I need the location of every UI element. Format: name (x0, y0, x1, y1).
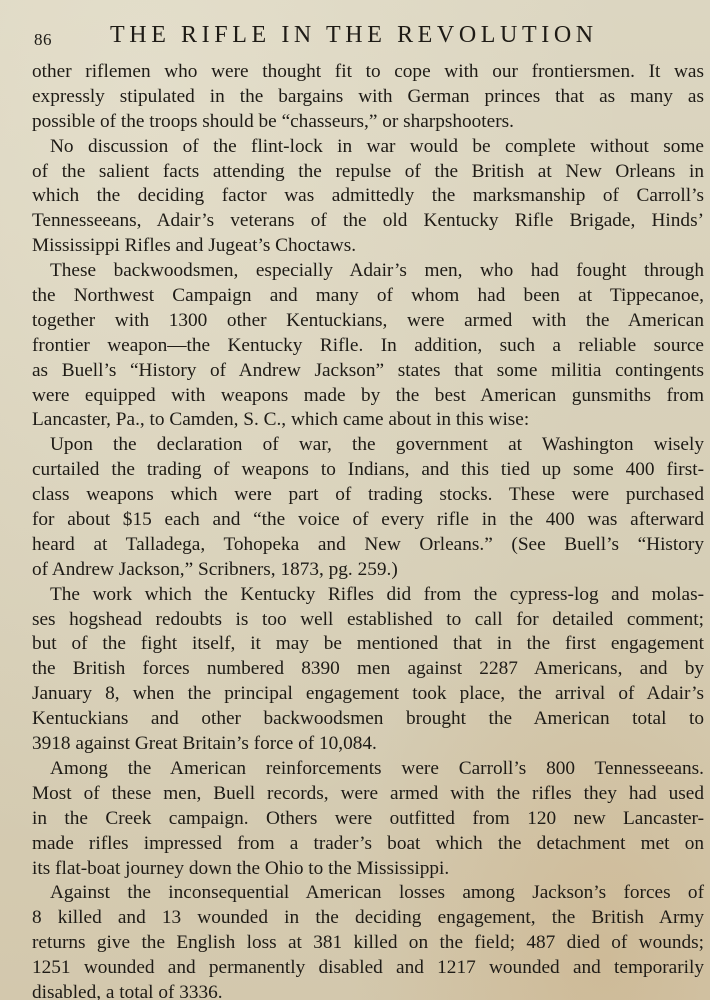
paragraph-start-line: Among the American reinforcements were C… (32, 757, 704, 782)
paragraph-start-line: Upon the declaration of war, the governm… (32, 433, 704, 458)
text-line: Most of these men, Buell records, were a… (32, 782, 704, 807)
page-number: 86 (34, 30, 52, 50)
paragraph-start-line: No discussion of the flint-lock in war w… (32, 135, 704, 160)
paragraph-start-line: These backwoodsmen, especially Adair’s m… (32, 259, 704, 284)
text-line: 1251 wounded and permanently disabled an… (32, 956, 704, 981)
text-line: as Buell’s “History of Andrew Jackson” s… (32, 359, 704, 384)
text-line: Lancaster, Pa., to Camden, S. C., which … (32, 408, 704, 433)
text-line: for about $15 each and “the voice of eve… (32, 508, 704, 533)
text-line: returns give the English loss at 381 kil… (32, 931, 704, 956)
text-line: Mississippi Rifles and Jugeat’s Choctaws… (32, 234, 704, 259)
text-line: ses hogshead redoubts is too well establ… (32, 608, 704, 633)
text-line: 8 killed and 13 wounded in the deciding … (32, 906, 704, 931)
text-line: expressly stipulated in the bargains wit… (32, 85, 704, 110)
book-title: THE RIFLE IN THE REVOLUTION (110, 22, 598, 49)
text-line: the British forces numbered 8390 men aga… (32, 657, 704, 682)
text-line: possible of the troops should be “chasse… (32, 110, 704, 135)
text-line: class weapons which were part of trading… (32, 483, 704, 508)
text-line: Tennesseeans, Adair’s veterans of the ol… (32, 209, 704, 234)
text-line: of Andrew Jackson,” Scribners, 1873, pg.… (32, 558, 704, 583)
text-line: of the salient facts attending the repul… (32, 160, 704, 185)
paragraph-start-line: The work which the Kentucky Rifles did f… (32, 583, 704, 608)
text-line: together with 1300 other Kentuckians, we… (32, 309, 704, 334)
paragraph-start-line: Against the inconsequential American los… (32, 881, 704, 906)
text-line: curtailed the trading of weapons to Indi… (32, 458, 704, 483)
text-line: heard at Talladega, Tohopeka and New Orl… (32, 533, 704, 558)
body-text: other riflemen who were thought fit to c… (32, 60, 704, 1000)
text-line: were equipped with weapons made by the b… (32, 384, 704, 409)
text-line: 3918 against Great Britain’s force of 10… (32, 732, 704, 757)
text-line: in the Creek campaign. Others were outfi… (32, 807, 704, 832)
text-line: made rifles impressed from a trader’s bo… (32, 832, 704, 857)
text-line: but of the fight itself, it may be menti… (32, 632, 704, 657)
text-line: frontier weapon—the Kentucky Rifle. In a… (32, 334, 704, 359)
book-page: 86 THE RIFLE IN THE REVOLUTION other rif… (0, 0, 710, 1000)
text-line: other riflemen who were thought fit to c… (32, 60, 704, 85)
text-line: which the deciding factor was admittedly… (32, 184, 704, 209)
text-line: January 8, when the principal engagement… (32, 682, 704, 707)
text-line: the Northwest Campaign and many of whom … (32, 284, 704, 309)
running-head: 86 THE RIFLE IN THE REVOLUTION (30, 20, 710, 56)
text-line: disabled, a total of 3336. (32, 981, 704, 1000)
text-line: Kentuckians and other backwoodsmen broug… (32, 707, 704, 732)
text-line: its flat-boat journey down the Ohio to t… (32, 857, 704, 882)
